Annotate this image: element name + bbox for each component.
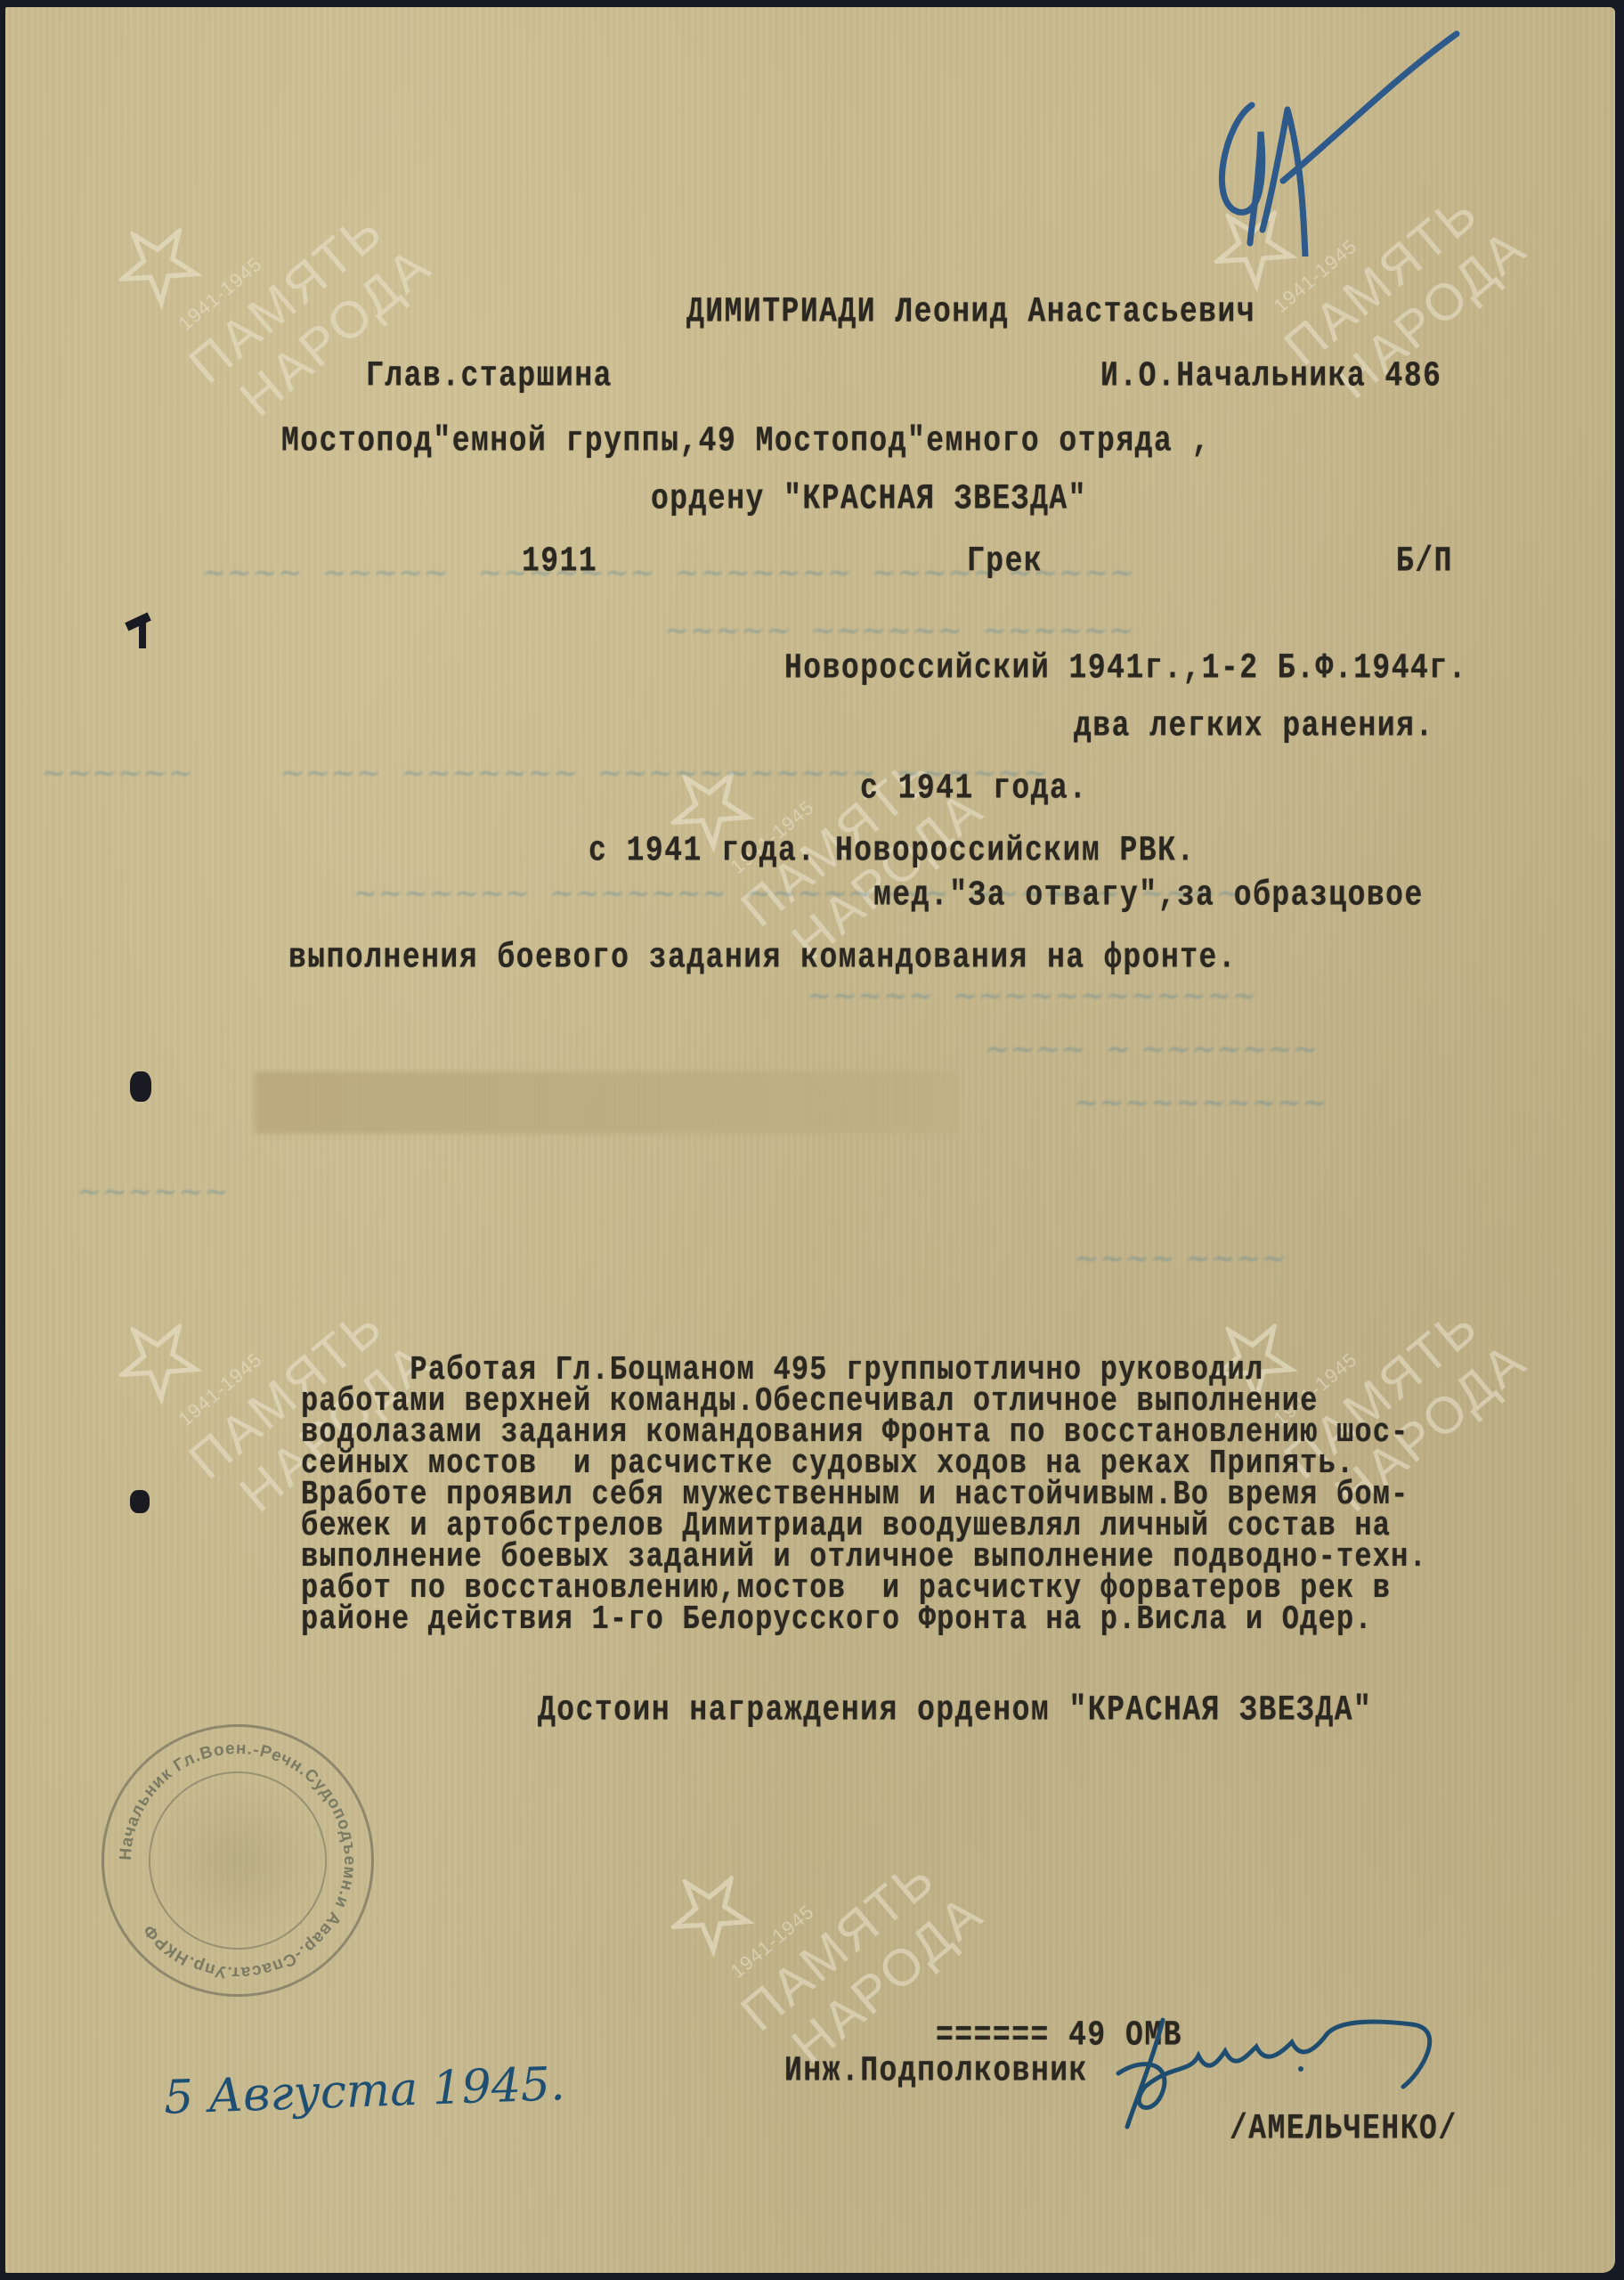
watermark-years: 1941-1945 <box>175 1348 267 1430</box>
redacted-block <box>255 1071 958 1134</box>
prior-award-line1: мед."За отвагу",за образцовое <box>873 875 1424 915</box>
paper-damage <box>130 1071 151 1102</box>
citation-line: районе действия 1-го Белорусского Фронта… <box>301 1601 1373 1637</box>
bleed-through-text: ~~~~ ~~~~ <box>1074 1241 1287 1276</box>
bleed-through-text: ~~~~~~ <box>77 1174 229 1209</box>
paper-damage <box>130 1490 150 1513</box>
red-army-since: с 1941 года. <box>860 769 1088 808</box>
full-name: ДИМИТРИАДИ Леонид Анастасьевич <box>686 292 1255 331</box>
birth-year: 1911 <box>522 541 597 581</box>
bleed-through-text: ~~~~ ~ ~~~~~~~ <box>985 1031 1318 1067</box>
stamp-ring-text: Начальник Гл.Воен.-Речн.Судоподъемн.и Ав… <box>104 1727 371 1994</box>
star-icon <box>101 1301 214 1414</box>
award-nominated: ордену "КРАСНАЯ ЗВЕЗДА" <box>651 479 1087 518</box>
paper-damage <box>125 613 151 631</box>
nationality: Грек <box>967 541 1043 581</box>
document-page: 1941-1945 ПАМЯТЬ НАРОДА 1941-1945 ПАМЯТЬ… <box>5 7 1615 2273</box>
citation-conclusion: Достоин награждения орденом "КРАСНАЯ ЗВЕ… <box>538 1690 1372 1730</box>
prior-award-line2: выполнения боевого задания командования … <box>288 938 1237 977</box>
party-membership: Б/П <box>1396 541 1453 581</box>
wounds: два легких ранения. <box>1074 706 1434 745</box>
drafted-by: с 1941 года. Новороссийским РВК. <box>589 831 1196 870</box>
position-line1: И.О.Начальника 486 <box>1100 356 1441 395</box>
watermark-line1: ПАМЯТЬ <box>730 1847 947 2043</box>
battles: Новороссийский 1941г.,1-2 Б.Ф.1944г. <box>784 648 1467 688</box>
watermark-years: 1941-1945 <box>727 1900 819 1983</box>
watermark-line2: НАРОДА <box>229 235 443 428</box>
watermark-years: 1941-1945 <box>175 252 267 335</box>
watermark-bottom-center: 1941-1945 ПАМЯТЬ НАРОДА <box>631 1747 1045 2161</box>
signer-name: /АМЕЛЬЧЕНКО/ <box>1230 2109 1458 2148</box>
rank: Глав.старшина <box>366 356 613 395</box>
signer-rank: Инж.Подполковник <box>784 2051 1088 2090</box>
watermark-line1: ПАМЯТЬ <box>178 199 395 395</box>
official-stamp: Начальник Гл.Воен.-Речн.Судоподъемн.и Ав… <box>101 1724 374 1997</box>
handwritten-archive-number <box>1198 25 1483 256</box>
paper-damage <box>139 622 146 648</box>
star-icon <box>101 206 214 319</box>
handwritten-date: 5 Августа 1945. <box>163 2057 565 2125</box>
bleed-through-text: ~~~~~~~~~~ <box>1074 1085 1328 1120</box>
svg-text:Начальник Гл.Воен.-Речн.Судопо: Начальник Гл.Воен.-Речн.Судоподъемн.и Ав… <box>117 1739 359 1982</box>
bleed-through-text: ~~~~~ ~~~~~~~~~~~~ <box>807 978 1257 1014</box>
bleed-through-text: ~~~~~ ~~~~~~ ~~~~~~ <box>664 613 1134 648</box>
star-icon <box>653 1853 766 1966</box>
position-line2: Мостопод"емной группы,49 Мостопод"емного… <box>281 421 1211 460</box>
